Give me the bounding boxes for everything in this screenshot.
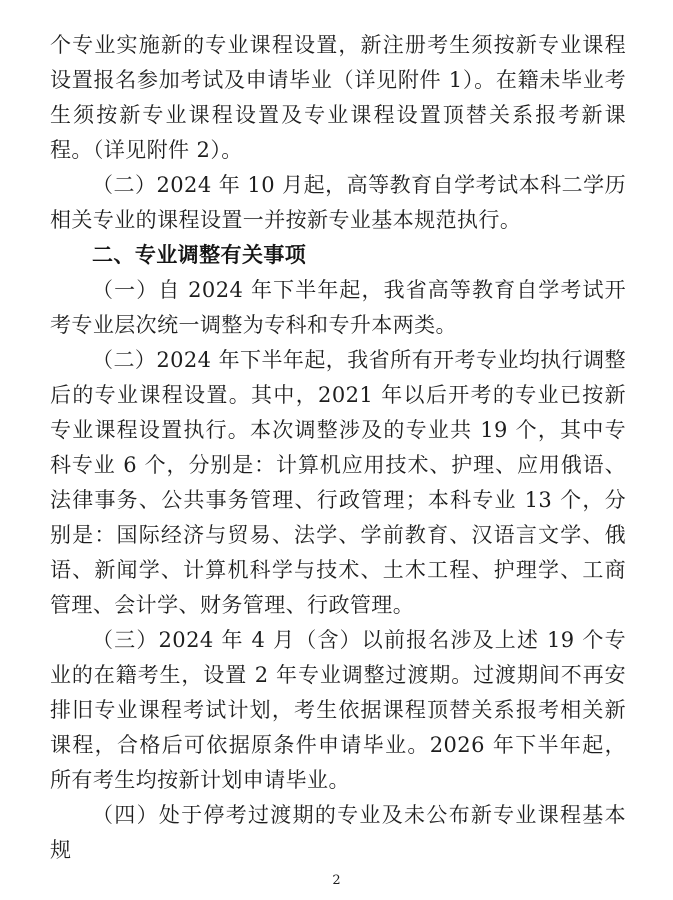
paragraph-item-1-levels: （一）自 2024 年下半年起，我省高等教育自学考试开考专业层次统一调整为专科和… [50,273,626,343]
paragraph-item-2-majors-list: （二）2024 年下半年起，我省所有开考专业均执行调整后的专业课程设置。其中，2… [50,343,626,623]
paragraph-item-4-partial: （四）处于停考过渡期的专业及未公布新专业课程基本规 [50,798,626,868]
paragraph-continuation: 个专业实施新的专业课程设置，新注册考生须按新专业课程设置报名参加考试及申请毕业（… [50,28,626,168]
page-number: 2 [0,873,673,888]
document-page: 个专业实施新的专业课程设置，新注册考生须按新专业课程设置报名参加考试及申请毕业（… [0,0,673,900]
section-heading-major-adjustment: 二、专业调整有关事项 [50,238,626,273]
paragraph-item-3-transition: （三）2024 年 4 月（含）以前报名涉及上述 19 个专业的在籍考生，设置 … [50,623,626,798]
paragraph-item-2-october: （二）2024 年 10 月起，高等教育自学考试本科二学历相关专业的课程设置一并… [50,168,626,238]
document-body: 个专业实施新的专业课程设置，新注册考生须按新专业课程设置报名参加考试及申请毕业（… [50,28,626,868]
